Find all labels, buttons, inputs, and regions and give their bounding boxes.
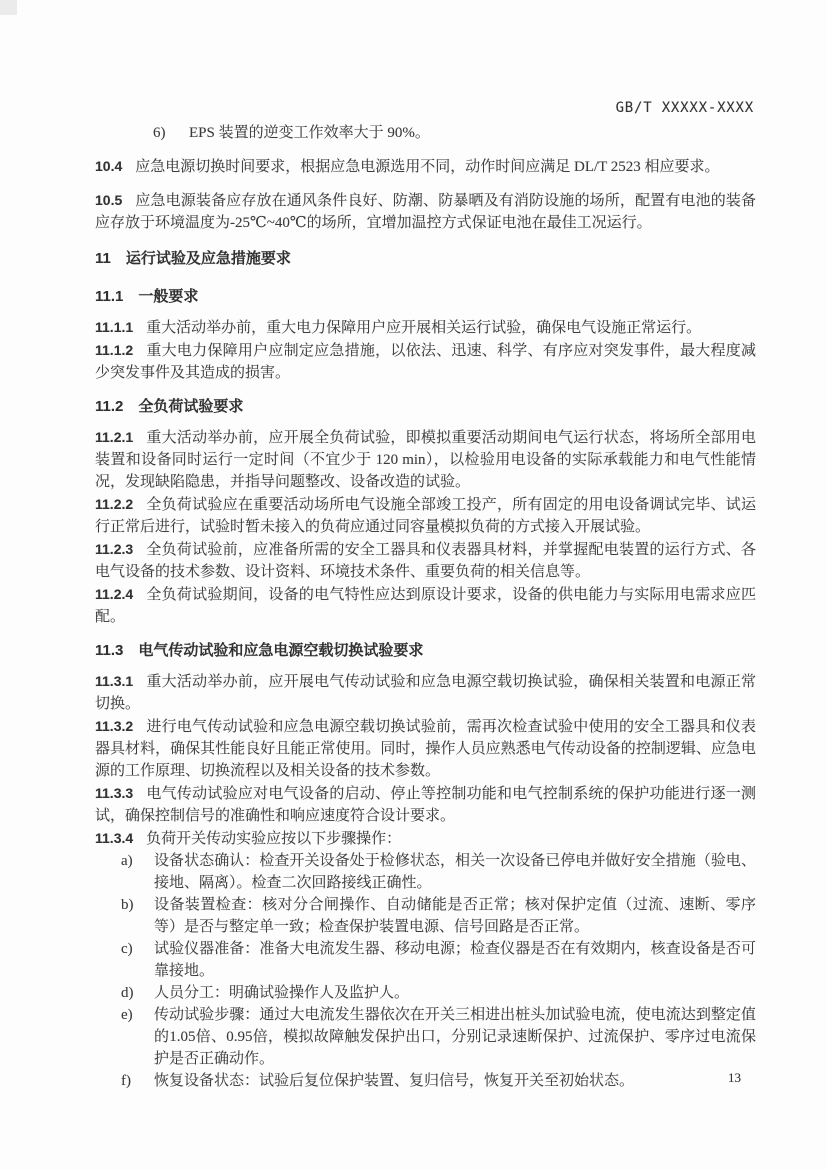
clause-11-2-3: 11.2.3全负荷试验前，应准备所需的安全工器具和仪表器具材料，并掌握配电装置的… xyxy=(95,538,756,583)
section-title: 一般要求 xyxy=(138,288,198,305)
list-item-marker: e) xyxy=(121,1004,154,1070)
list-item-marker: b) xyxy=(121,894,154,938)
clause-number: 11.2.4 xyxy=(95,586,133,602)
list-item-a: a)设备状态确认：检查开关设备处于检修状态，相关一次设备已停电并做好安全措施（验… xyxy=(95,850,756,894)
clause-number: 11.2.3 xyxy=(95,541,133,557)
clause-number: 10.4 xyxy=(95,158,122,174)
list-item-marker: d) xyxy=(121,982,154,1004)
section-number: 11.2 xyxy=(95,398,123,415)
list-item-e: e)传动试验步骤：通过大电流发生器依次在开关三相进出桩头加试验电流，使电流达到整… xyxy=(95,1004,756,1070)
scan-artifact xyxy=(0,0,17,15)
clause-number: 11.1.1 xyxy=(95,319,133,335)
list-item-d: d)人员分工：明确试验操作人及监护人。 xyxy=(95,982,756,1004)
document-page: GB/T XXXXX-XXXX 6)EPS 装置的逆变工作效率大于 90%。10… xyxy=(0,0,827,1170)
clause-11-3-3: 11.3.3电气传动试验应对电气设备的启动、停止等控制功能和电气控制系统的保护功… xyxy=(95,782,756,827)
clause-10-4: 10.4应急电源切换时间要求，根据应急电源选用不同，动作时间应满足 DL/T 2… xyxy=(95,155,756,178)
list-item-text: 设备装置检查：核对分合闸操作、自动储能是否正常；核对保护定值（过流、速断、零序等… xyxy=(154,894,756,938)
clause-number: 11.2.2 xyxy=(95,496,133,512)
clause-number: 11.3.3 xyxy=(95,785,133,801)
clause-number: 10.5 xyxy=(95,192,122,208)
section-title: 运行试验及应急措施要求 xyxy=(126,250,291,267)
list-item-text: 人员分工：明确试验操作人及监护人。 xyxy=(154,982,756,1004)
section-title: 电气传动试验和应急电源空载切换试验要求 xyxy=(138,642,423,659)
section-heading-11-3: 11.3电气传动试验和应急电源空载切换试验要求 xyxy=(95,640,756,662)
section-number: 11.1 xyxy=(95,288,123,305)
list-item-f: f)恢复设备状态：试验后复位保护装置、复归信号，恢复开关至初始状态。 xyxy=(95,1070,756,1092)
list-item-c: c)试验仪器准备：准备大电流发生器、移动电源；检查仪器是否在有效期内，核查设备是… xyxy=(95,938,756,982)
list-item-b: b)设备装置检查：核对分合闸操作、自动储能是否正常；核对保护定值（过流、速断、零… xyxy=(95,894,756,938)
clause-number: 11.3.1 xyxy=(95,673,133,689)
standard-code-header: GB/T XXXXX-XXXX xyxy=(616,100,754,116)
section-title: 全负荷试验要求 xyxy=(138,398,243,415)
clause-11-3-1: 11.3.1重大活动举办前，应开展电气传动试验和应急电源空载切换试验，确保相关装… xyxy=(95,670,756,715)
clause-11-1-1: 11.1.1重大活动举办前，重大电力保障用户应开展相关运行试验，确保电气设施正常… xyxy=(95,316,756,339)
list-item-text: 恢复设备状态：试验后复位保护装置、复归信号，恢复开关至初始状态。 xyxy=(154,1070,756,1092)
list-item-text: 试验仪器准备：准备大电流发生器、移动电源；检查仪器是否在有效期内，核查设备是否可… xyxy=(154,938,756,982)
clause-number: 11.2.1 xyxy=(95,429,133,445)
section-number: 11 xyxy=(95,250,111,267)
list-item-text: EPS 装置的逆变工作效率大于 90%。 xyxy=(189,122,756,144)
document-body: 6)EPS 装置的逆变工作效率大于 90%。10.4应急电源切换时间要求，根据应… xyxy=(95,122,756,1092)
clause-10-5: 10.5应急电源装备应存放在通风条件良好、防潮、防暴晒及有消防设施的场所，配置有… xyxy=(95,189,756,234)
section-heading-11-1: 11.1一般要求 xyxy=(95,286,756,308)
clause-11-3-4: 11.3.4负荷开关传动实验应按以下步骤操作： xyxy=(95,827,756,850)
clause-11-2-4: 11.2.4全负荷试验期间，设备的电气特性应达到原设计要求，设备的供电能力与实际… xyxy=(95,583,756,628)
clause-number: 11.3.4 xyxy=(95,830,133,846)
section-number: 11.3 xyxy=(95,642,123,659)
list-item-marker: f) xyxy=(121,1070,154,1092)
clause-11-3-2: 11.3.2进行电气传动试验和应急电源空载切换试验前，需再次检查试验中使用的安全… xyxy=(95,715,756,782)
list-item-marker: a) xyxy=(121,850,154,894)
clause-11-1-2: 11.1.2重大电力保障用户应制定应急措施，以依法、迅速、科学、有序应对突发事件… xyxy=(95,339,756,384)
list-item-marker: c) xyxy=(121,938,154,982)
clause-number: 11.1.2 xyxy=(95,342,133,358)
clause-11-2-2: 11.2.2全负荷试验应在重要活动场所电气设施全部竣工投产，所有固定的用电设备调… xyxy=(95,493,756,538)
clause-number: 11.3.2 xyxy=(95,718,133,734)
page-number: 13 xyxy=(728,1070,741,1086)
list-item-text: 设备状态确认：检查开关设备处于检修状态，相关一次设备已停电并做好安全措施（验电、… xyxy=(154,850,756,894)
list-item-text: 传动试验步骤：通过大电流发生器依次在开关三相进出桩头加试验电流，使电流达到整定值… xyxy=(154,1004,756,1070)
section-heading-11-2: 11.2全负荷试验要求 xyxy=(95,396,756,418)
list-item-marker: 6) xyxy=(153,122,189,144)
clause-11-2-1: 11.2.1重大活动举办前，应开展全负荷试验，即模拟重要活动期间电气运行状态，将… xyxy=(95,426,756,493)
list-item-6: 6)EPS 装置的逆变工作效率大于 90%。 xyxy=(95,122,756,144)
section-heading-11: 11运行试验及应急措施要求 xyxy=(95,248,756,270)
